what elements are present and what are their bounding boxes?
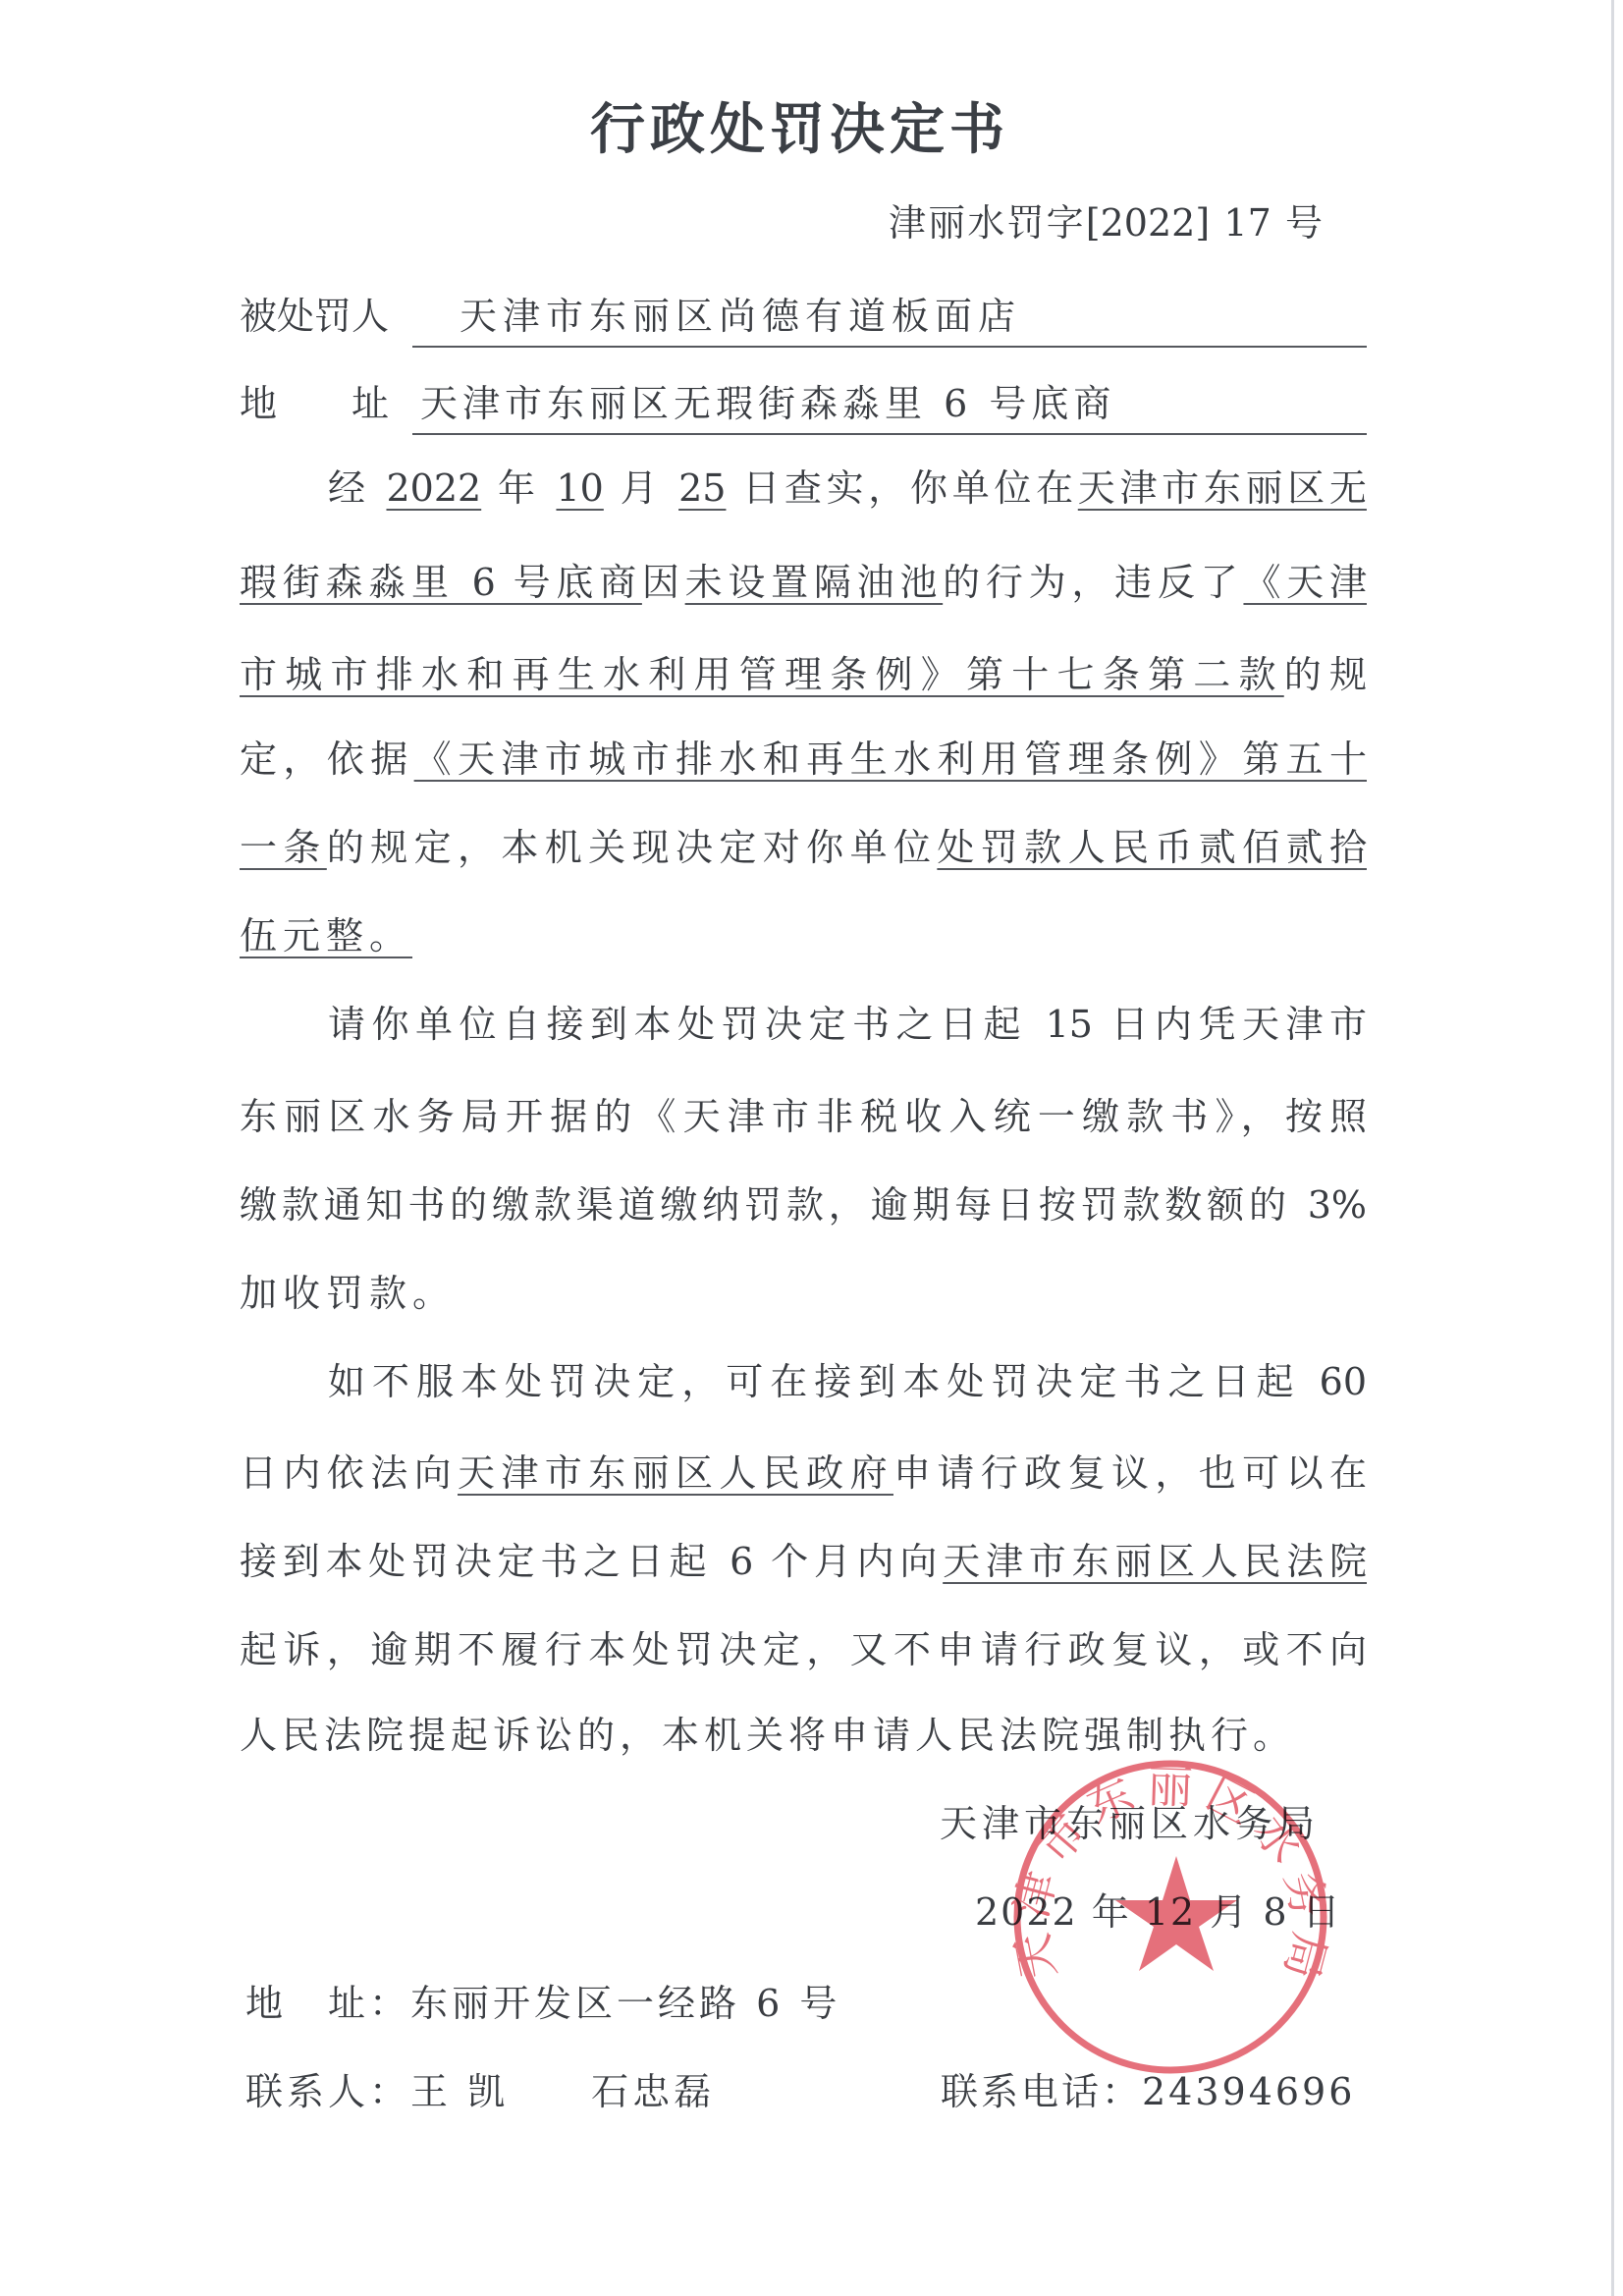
text: 日内依法向 — [240, 1451, 458, 1495]
text: 申请行政复议，也可以在 — [893, 1451, 1367, 1495]
text: 接到本处罚决定书之日起 6 个月内向 — [240, 1540, 943, 1583]
text: 的规 — [1284, 653, 1367, 696]
para2-line1: 请你单位自接到本处罚决定书之日起 15 日内凭天津市 — [328, 1000, 1367, 1049]
text: 月 — [621, 466, 663, 510]
para1-line4: 定，依据《天津市城市排水和再生水利用管理条例》第五十 — [240, 735, 1367, 784]
para3-line3: 接到本处罚决定书之日起 6 个月内向天津市东丽区人民法院 — [240, 1537, 1367, 1586]
inspection-year: 2022 — [386, 466, 481, 510]
contact-phone: 联系电话：24394696 — [941, 2067, 1355, 2116]
text: 定，依据 — [240, 738, 414, 781]
text: 因 — [642, 561, 685, 604]
penalized-party-value: 天津市东丽区尚德有道板面店 — [412, 295, 1021, 338]
court-name: 天津市东丽区人民法院 — [943, 1540, 1367, 1583]
para3-line4: 起诉，逾期不履行本处罚决定，又不申请行政复议，或不向 — [240, 1625, 1367, 1674]
para1-line2: 瑕街森淼里 6 号底商因未设置隔油池的行为，违反了《天津 — [240, 558, 1367, 607]
agency-address: 地 址：东丽开发区一经路 6 号 — [245, 1979, 840, 2028]
violation-location: 天津市东丽区无 — [1078, 466, 1367, 510]
address-field: 地 址 天津市东丽区无瑕街森淼里 6 号底商 — [240, 379, 1367, 428]
legal-basis: 《天津市城市排水和再生水利用管理条例》第五十 — [414, 738, 1367, 781]
para1-line6: 伍元整。 — [240, 911, 1367, 960]
para3-line5: 人民法院提起诉讼的，本机关将申请人民法院强制执行。 — [240, 1711, 1367, 1760]
review-authority: 天津市东丽区人民政府 — [458, 1451, 893, 1495]
violated-article: 市城市排水和再生水利用管理条例》第十七条第二款 — [240, 653, 1284, 696]
regulation-name: 《天津 — [1243, 561, 1367, 604]
penalty-amount-cont: 伍元整。 — [240, 914, 412, 957]
penalized-party-label: 被处罚人 — [240, 292, 389, 341]
text: 日查实，你单位在 — [742, 466, 1078, 510]
para3-line2: 日内依法向天津市东丽区人民政府申请行政复议，也可以在 — [240, 1449, 1367, 1498]
text: 经 — [328, 466, 370, 510]
para2-line4: 加收罚款。 — [240, 1269, 1367, 1318]
inspection-month: 10 — [556, 466, 603, 510]
address-underline: 天津市东丽区无瑕街森淼里 6 号底商 — [412, 379, 1367, 435]
star-icon — [1115, 1856, 1237, 1971]
text: 年 — [498, 466, 540, 510]
para2-line3: 缴款通知书的缴款渠道缴纳罚款，逾期每日按罚款数额的 3% — [240, 1180, 1367, 1230]
official-seal-icon: 天津市东丽区水务局 — [1011, 1758, 1329, 2076]
scan-edge — [1611, 0, 1614, 2296]
legal-basis-cont: 一条 — [240, 826, 327, 869]
para2-line2: 东丽区水务局开据的《天津市非税收入统一缴款书》，按照 — [240, 1092, 1367, 1141]
para1-line5: 一条的规定，本机关现决定对你单位处罚款人民币贰佰贰拾 — [240, 823, 1367, 872]
violation-location-cont: 瑕街森淼里 6 号底商 — [240, 561, 642, 604]
violation-act: 未设置隔油池 — [685, 561, 944, 604]
address-label: 地 址 — [240, 379, 389, 428]
inspection-day: 25 — [678, 466, 726, 510]
text: 的规定，本机关现决定对你单位 — [327, 826, 938, 869]
document-number: 津丽水罚字[2022] 17 号 — [889, 200, 1323, 246]
text: 的行为，违反了 — [943, 561, 1243, 604]
penalty-amount: 处罚款人民币贰佰贰拾 — [937, 826, 1367, 869]
contact-persons: 联系人：王 凯 石忠磊 — [245, 2067, 715, 2116]
para1-line1: 经 2022 年 10 月 25 日查实，你单位在天津市东丽区无 — [328, 464, 1367, 513]
penalized-party-field: 被处罚人 天津市东丽区尚德有道板面店 — [240, 292, 1367, 341]
penalized-party-underline: 天津市东丽区尚德有道板面店 — [412, 292, 1367, 348]
document-title: 行政处罚决定书 — [590, 98, 1004, 163]
para1-line3: 市城市排水和再生水利用管理条例》第十七条第二款的规 — [240, 650, 1367, 699]
para3-line1: 如不服本处罚决定，可在接到本处罚决定书之日起 60 — [328, 1357, 1367, 1406]
address-value: 天津市东丽区无瑕街森淼里 6 号底商 — [412, 382, 1115, 425]
